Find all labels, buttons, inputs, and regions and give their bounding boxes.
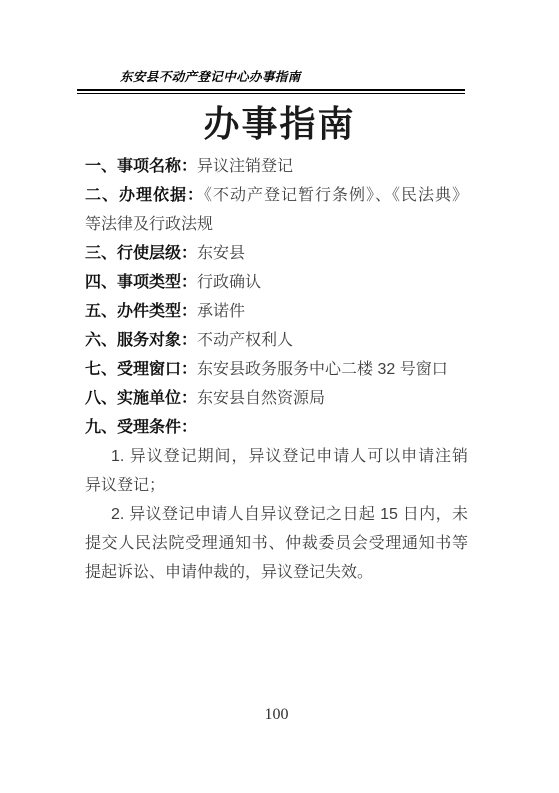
- line-text: 2. 异议登记申请人自异议登记之日起 15 日内，未: [111, 506, 468, 523]
- body-line: 2. 异议登记申请人自异议登记之日起 15 日内，未: [85, 500, 468, 529]
- line-label: 二、办理依据：: [85, 187, 204, 204]
- page-title: 办事指南: [0, 98, 559, 150]
- line-text: 不动产权利人: [197, 332, 293, 349]
- header-rule: [77, 89, 465, 94]
- line-label: 八、实施单位：: [85, 390, 197, 407]
- body-line: 异议登记；: [85, 471, 468, 500]
- document-body: 一、事项名称：异议注销登记二、办理依据：《不动产登记暂行条例》、《民法典》等法律…: [85, 152, 468, 587]
- body-line: 三、行使层级：东安县: [85, 239, 468, 268]
- line-label: 三、行使层级：: [85, 245, 197, 262]
- line-label: 五、办件类型：: [85, 303, 197, 320]
- line-text: 承诺件: [197, 303, 245, 320]
- line-label: 九、受理条件：: [85, 419, 197, 436]
- body-line: 九、受理条件：: [85, 413, 468, 442]
- line-text: 东安县政务服务中心二楼 32 号窗口: [197, 361, 448, 378]
- running-header: 东安县不动产登记中心办事指南: [120, 67, 301, 85]
- body-line: 六、服务对象：不动产权利人: [85, 326, 468, 355]
- body-line: 五、办件类型：承诺件: [85, 297, 468, 326]
- page-number: 100: [85, 706, 468, 724]
- body-line: 八、实施单位：东安县自然资源局: [85, 384, 468, 413]
- line-text: 提交人民法院受理通知书、仲裁委员会受理通知书等: [85, 535, 468, 552]
- line-label: 一、事项名称：: [85, 158, 197, 175]
- line-text: 提起诉讼、申请仲裁的，异议登记失效。: [85, 564, 373, 581]
- body-line: 提交人民法院受理通知书、仲裁委员会受理通知书等: [85, 529, 468, 558]
- line-label: 六、服务对象：: [85, 332, 197, 349]
- line-text: 等法律及行政法规: [85, 216, 213, 233]
- line-text: 1. 异议登记期间，异议登记申请人可以申请注销: [111, 448, 468, 465]
- line-text: 异议登记；: [85, 477, 165, 494]
- line-text: 《不动产登记暂行条例》、《民法典》: [204, 187, 468, 204]
- line-label: 七、受理窗口：: [85, 361, 197, 378]
- line-text: 东安县: [197, 245, 245, 262]
- body-line: 等法律及行政法规: [85, 210, 468, 239]
- line-text: 异议注销登记: [197, 158, 293, 175]
- line-text: 东安县自然资源局: [197, 390, 325, 407]
- document-page: 东安县不动产登记中心办事指南 办事指南 一、事项名称：异议注销登记二、办理依据：…: [0, 0, 559, 793]
- body-line: 提起诉讼、申请仲裁的，异议登记失效。: [85, 558, 468, 587]
- body-line: 二、办理依据：《不动产登记暂行条例》、《民法典》: [85, 181, 468, 210]
- body-line: 1. 异议登记期间，异议登记申请人可以申请注销: [85, 442, 468, 471]
- body-line: 七、受理窗口：东安县政务服务中心二楼 32 号窗口: [85, 355, 468, 384]
- line-label: 四、事项类型：: [85, 274, 197, 291]
- body-line: 四、事项类型：行政确认: [85, 268, 468, 297]
- body-line: 一、事项名称：异议注销登记: [85, 152, 468, 181]
- line-text: 行政确认: [197, 274, 261, 291]
